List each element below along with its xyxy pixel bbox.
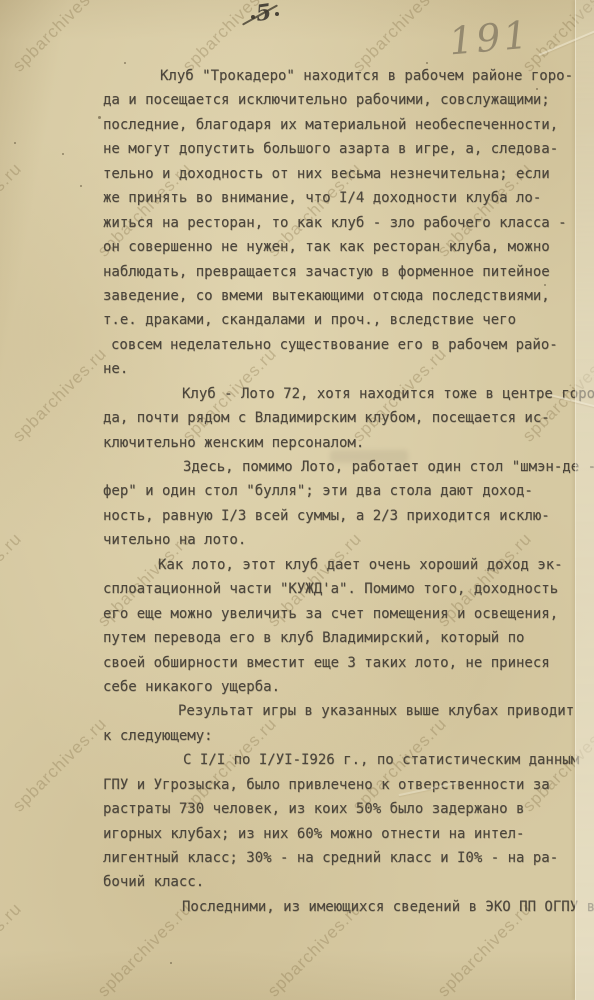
paper-speck [62, 153, 64, 155]
ink-dot [251, 15, 255, 19]
text-line: да, почти рядом с Владимирским клубом, п… [103, 406, 577, 430]
text-line: его еще можно увеличить за счет помещени… [103, 602, 577, 626]
paper-speck [426, 62, 428, 64]
text-line: лигентный класс; 30% - на средний класс … [103, 846, 577, 870]
watermark-text: spbarchives.ru [0, 529, 26, 631]
text-line: Последними, из имеющихся сведений в ЭКО … [103, 895, 577, 919]
watermark-text: spbarchives.ru [9, 714, 111, 816]
text-line: заведение, со вмеми вытекающими отсюда п… [103, 284, 577, 308]
document-text: Клуб "Трокадеро" находится в рабочем рай… [103, 64, 577, 919]
paper-speck [544, 284, 546, 286]
text-line: чительно на лото. [103, 528, 577, 552]
text-line: т.е. драками, скандалами и проч., вследс… [103, 308, 577, 332]
text-line: да и посещается исключительно рабочими, … [103, 88, 577, 112]
text-line: он совершенно не нужен, так как ресторан… [103, 235, 577, 259]
text-line: С I/I по I/УI-I926 г., по статистическим… [103, 748, 577, 772]
text-line: сплоатационной части "КУЖД'а". Помимо то… [103, 577, 577, 601]
ink-dot [275, 12, 279, 16]
text-line: наблюдать, превращается зачастую в форме… [103, 260, 577, 284]
watermark-text: spbarchives.ru [9, 0, 111, 76]
paper-speck [536, 88, 538, 90]
paper-speck [98, 116, 101, 119]
text-line: не могут допустить большого азарта в игр… [103, 137, 577, 161]
text-line: совсем неделательно существование его в … [103, 333, 577, 357]
text-line: последние, благодаря их материальной нео… [103, 113, 577, 137]
scanned-document-page: spbarchives.ruspbarchives.ruspbarchives.… [0, 0, 594, 1000]
text-line: Результат игры в указанных выше клубах п… [103, 699, 577, 723]
text-line: растраты 730 человек, из коих 50% было з… [103, 797, 577, 821]
paper-speck [80, 185, 82, 187]
text-line: ность, равную I/3 всей суммы, а 2/3 прих… [103, 504, 577, 528]
paper-speck [170, 962, 172, 964]
text-line: Клуб - Лото 72, хотя находится тоже в це… [103, 382, 577, 406]
text-line: Клуб "Трокадеро" находится в рабочем рай… [103, 64, 577, 88]
text-line: игорных клубах; из них 60% можно отнести… [103, 822, 577, 846]
watermark-text: spbarchives.ru [9, 344, 111, 446]
text-line: путем перевода его в клуб Владимирский, … [103, 626, 577, 650]
text-line: к следующему: [103, 724, 577, 748]
text-line: своей обширности вместит еще 3 таких лот… [103, 651, 577, 675]
paper-speck [14, 142, 16, 144]
text-line: Как лото, этот клуб дает очень хороший д… [103, 553, 577, 577]
paper-edge-band [575, 0, 594, 1000]
archive-number-annotation: 191 [447, 13, 532, 64]
text-line: тельно и доходность от них весьма незнеч… [103, 162, 577, 186]
text-line: бочий класс. [103, 870, 577, 894]
text-line: житься на ресторан, то как клуб - зло ра… [103, 211, 577, 235]
text-line: не. [103, 357, 577, 381]
paper-speck [124, 62, 126, 64]
text-line: же принять во внимание, что I/4 доходнос… [103, 186, 577, 210]
watermark-text: spbarchives.ru [0, 159, 26, 261]
watermark-text: spbarchives.ru [0, 899, 26, 1000]
text-line: фер" и один стол "булля"; эти два стола … [103, 479, 577, 503]
text-line: ГПУ и Угрозыска, было привлечено к отвер… [103, 773, 577, 797]
paper-smudge [330, 450, 408, 463]
text-line: себе никакого ущерба. [103, 675, 577, 699]
